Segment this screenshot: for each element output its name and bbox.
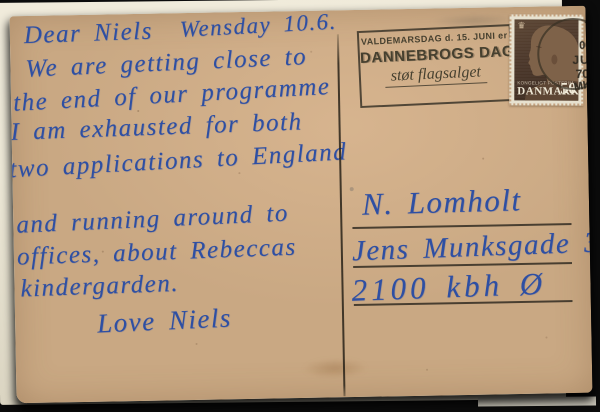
slogan-line2: DANNEBROGS DAG <box>360 43 511 67</box>
paper-stain <box>302 358 368 379</box>
postcard-divider-line <box>337 34 346 396</box>
postmark-month: JUN <box>572 53 592 67</box>
crown-icon: ♛ <box>517 20 525 31</box>
message-line: and running around to <box>16 200 290 240</box>
postmark-town-fragment: HA <box>582 15 592 43</box>
postmark-bottom-fragment: MK. <box>573 78 593 94</box>
paper-speckles <box>10 16 12 18</box>
message-line: offices, about Rebeccas <box>16 234 297 272</box>
paper-stack-edge-bottom <box>478 396 596 406</box>
postmark-year: 70 <box>576 67 590 81</box>
address-street-text: Jens Munksgade 3 <box>351 227 592 268</box>
message-date: Wensday 10.6. <box>179 9 337 43</box>
slogan-line3: støt flagsalget <box>384 63 487 88</box>
photo-background: Dear Niels Wensday 10.6. We are getting … <box>0 0 600 412</box>
message-signature: Love Niels <box>96 303 232 340</box>
message-line: kindergarden. <box>20 270 179 304</box>
slogan-postmark: VALDEMARSDAG d. 15. JUNI er DANNEBROGS D… <box>357 24 514 108</box>
address-name: N. Lomholt <box>362 182 522 222</box>
postcard: Dear Niels Wensday 10.6. We are getting … <box>10 6 593 403</box>
postmark-time: 00 <box>579 40 591 52</box>
message-greeting: Dear Niels <box>23 18 153 51</box>
message-line: two applications to England <box>10 138 348 184</box>
